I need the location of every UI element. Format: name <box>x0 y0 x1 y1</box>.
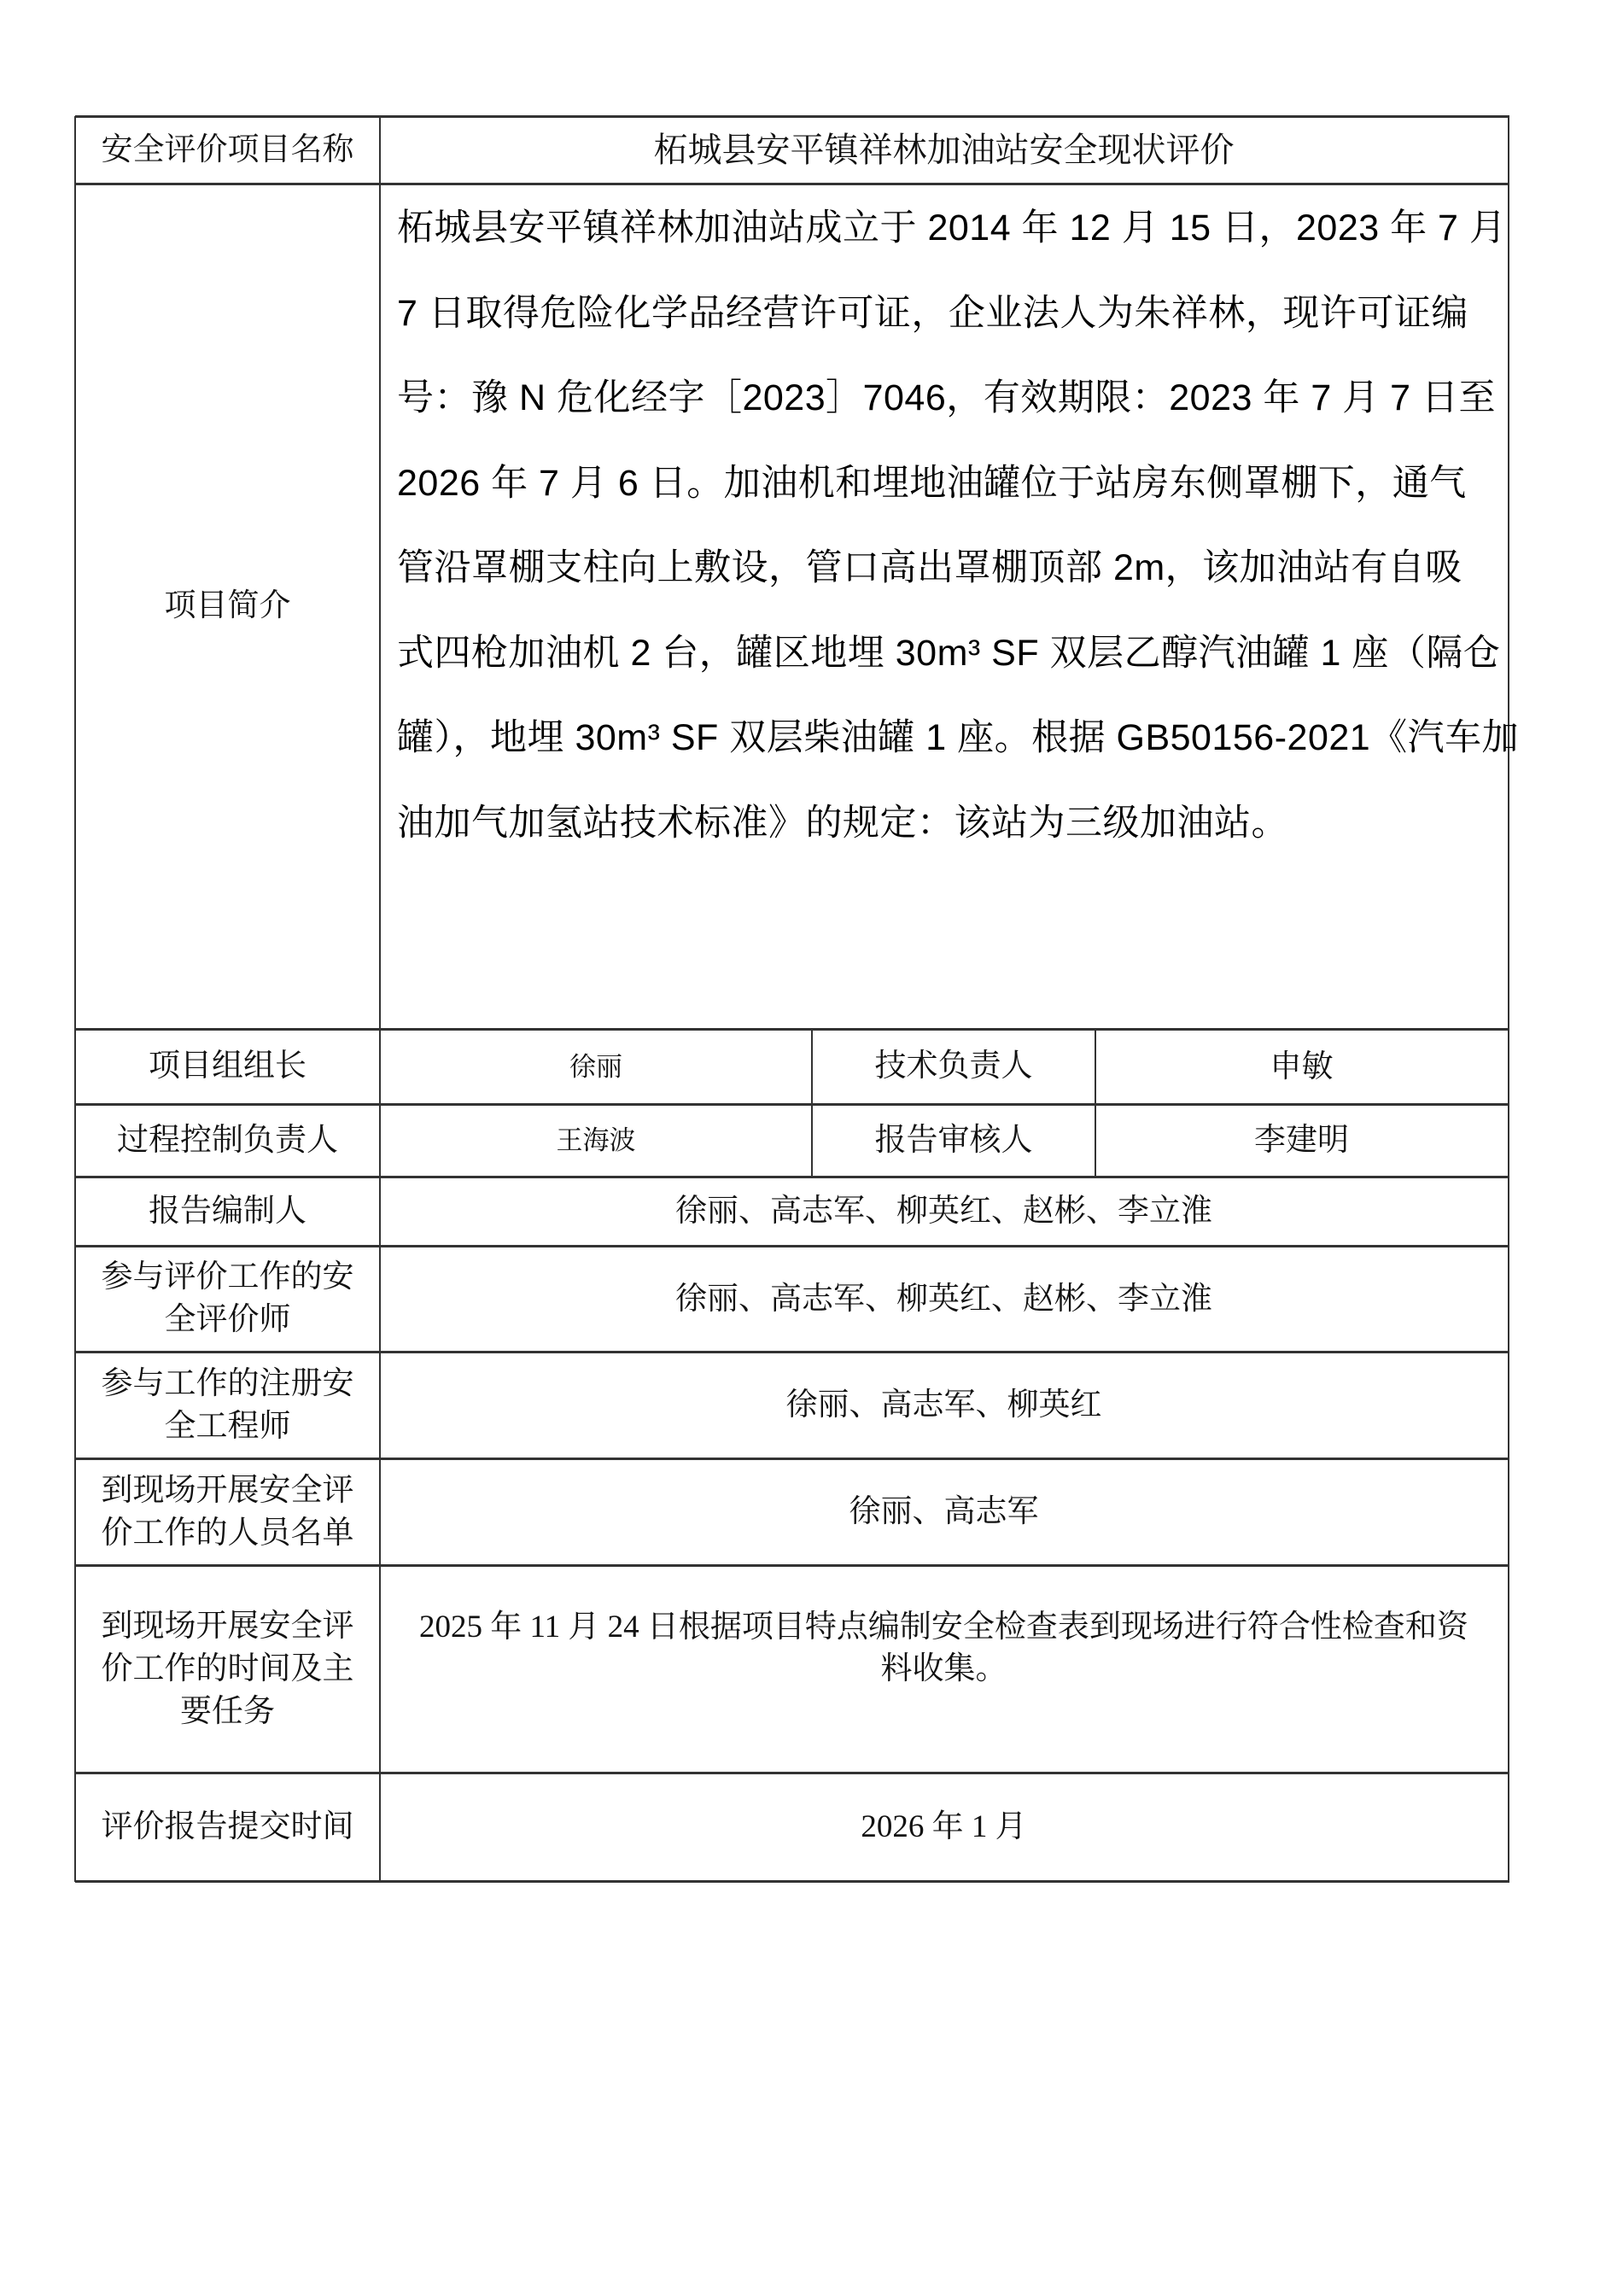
onsite-personnel-names: 徐丽、高志军 <box>849 1491 1039 1533</box>
report-compilers-label-text: 报告编制人 <box>149 1190 307 1233</box>
safety-assessors-label-line1: 参与评价工作的安 <box>102 1256 354 1299</box>
submission-time-text: 2026 年 1 月 <box>861 1806 1026 1848</box>
description-line: 号：豫 N 危化经字［2023］7046，有效期限：2023 年 7 月 7 日… <box>397 355 1498 441</box>
submission-time-label-text: 评价报告提交时间 <box>102 1806 354 1849</box>
onsite-personnel-label-line1: 到现场开展安全评 <box>102 1469 354 1512</box>
project-intro-description: 柘城县安平镇祥林加油站成立于 2014 年 12 月 15 日，2023 年 7… <box>397 185 1498 865</box>
registered-engineers-label: 参与工作的注册安 全工程师 <box>75 1352 380 1458</box>
reviewer-name: 李建明 <box>1254 1119 1349 1161</box>
project-name-text: 柘城县安平镇祥林加油站安全现状评价 <box>654 129 1235 171</box>
registered-engineers-value: 徐丽、高志军、柳英红 <box>380 1352 1508 1458</box>
team-leader-label-text: 项目组组长 <box>149 1045 307 1088</box>
report-compilers-value: 徐丽、高志军、柳英红、赵彬、李立淮 <box>380 1177 1508 1246</box>
description-line: 油加气加氢站技术标准》的规定：该站为三级加油站。 <box>397 780 1498 866</box>
tech-lead-name: 申敏 <box>1270 1046 1334 1088</box>
submission-time-label: 评价报告提交时间 <box>75 1773 380 1881</box>
onsite-time-tasks-label-line2: 价工作的时间及主 <box>102 1648 354 1691</box>
reviewer-value: 李建明 <box>1095 1104 1508 1177</box>
process-control-label: 过程控制负责人 <box>75 1104 380 1177</box>
description-line: 罐），地埋 30m³ SF 双层柴油罐 1 座。根据 GB50156-2021《… <box>397 695 1498 780</box>
description-line: 式四枪加油机 2 台，罐区地埋 30m³ SF 双层乙醇汽油罐 1 座（隔仓 <box>397 611 1498 696</box>
process-control-name: 王海波 <box>557 1119 636 1161</box>
project-name-label-text: 安全评价项目名称 <box>102 129 354 172</box>
project-intro-label-text: 项目简介 <box>165 585 291 628</box>
team-leader-label: 项目组组长 <box>75 1029 380 1104</box>
onsite-time-tasks-line2: 料收集。 <box>881 1648 1007 1690</box>
description-line: 7 日取得危险化学品经营许可证，企业法人为朱祥林，现许可证编 <box>397 271 1498 356</box>
description-line: 管沿罩棚支柱向上敷设，管口高出罩棚顶部 2m，该加油站有自吸 <box>397 525 1498 611</box>
onsite-time-tasks-label-line3: 要任务 <box>180 1691 275 1733</box>
project-name-value: 柘城县安平镇祥林加油站安全现状评价 <box>380 116 1508 184</box>
registered-engineers-names: 徐丽、高志军、柳英红 <box>786 1384 1102 1426</box>
onsite-time-tasks-label: 到现场开展安全评 价工作的时间及主 要任务 <box>75 1565 380 1773</box>
project-name-label: 安全评价项目名称 <box>75 116 380 184</box>
submission-time-value: 2026 年 1 月 <box>380 1773 1508 1881</box>
project-intro-label: 项目简介 <box>75 184 380 1029</box>
tech-lead-label: 技术负责人 <box>812 1029 1095 1104</box>
onsite-personnel-label-line2: 价工作的人员名单 <box>102 1512 354 1555</box>
document-page: 安全评价项目名称 柘城县安平镇祥林加油站安全现状评价 项目简介 柘城县安平镇祥林… <box>0 0 1623 2296</box>
process-control-value: 王海波 <box>380 1104 812 1177</box>
process-control-label-text: 过程控制负责人 <box>117 1119 338 1162</box>
team-leader-name: 徐丽 <box>569 1046 622 1088</box>
onsite-personnel-label: 到现场开展安全评 价工作的人员名单 <box>75 1458 380 1565</box>
safety-assessors-label: 参与评价工作的安 全评价师 <box>75 1246 380 1352</box>
onsite-personnel-value: 徐丽、高志军 <box>380 1458 1508 1565</box>
description-line: 2026 年 7 月 6 日。加油机和埋地油罐位于站房东侧罩棚下，通气 <box>397 441 1498 526</box>
registered-engineers-label-line2: 全工程师 <box>165 1405 291 1448</box>
description-line: 柘城县安平镇祥林加油站成立于 2014 年 12 月 15 日，2023 年 7… <box>397 185 1498 271</box>
safety-assessors-label-line2: 全评价师 <box>165 1299 291 1341</box>
tech-lead-label-text: 技术负责人 <box>875 1045 1033 1088</box>
registered-engineers-label-line1: 参与工作的注册安 <box>102 1363 354 1405</box>
table-border-right <box>1508 116 1509 1882</box>
reviewer-label: 报告审核人 <box>812 1104 1095 1177</box>
team-leader-value: 徐丽 <box>380 1029 812 1104</box>
onsite-time-tasks-label-line1: 到现场开展安全评 <box>102 1605 354 1648</box>
tech-lead-value: 申敏 <box>1095 1029 1508 1104</box>
safety-assessors-value: 徐丽、高志军、柳英红、赵彬、李立淮 <box>380 1246 1508 1352</box>
safety-assessors-names: 徐丽、高志军、柳英红、赵彬、李立淮 <box>675 1278 1212 1320</box>
onsite-time-tasks-value: 2025 年 11 月 24 日根据项目特点编制安全检查表到现场进行符合性检查和… <box>380 1565 1508 1773</box>
report-compilers-label: 报告编制人 <box>75 1177 380 1246</box>
report-compilers-names: 徐丽、高志军、柳英红、赵彬、李立淮 <box>675 1190 1212 1232</box>
reviewer-label-text: 报告审核人 <box>875 1119 1033 1162</box>
onsite-time-tasks-line1: 2025 年 11 月 24 日根据项目特点编制安全检查表到现场进行符合性检查和… <box>419 1606 1468 1648</box>
